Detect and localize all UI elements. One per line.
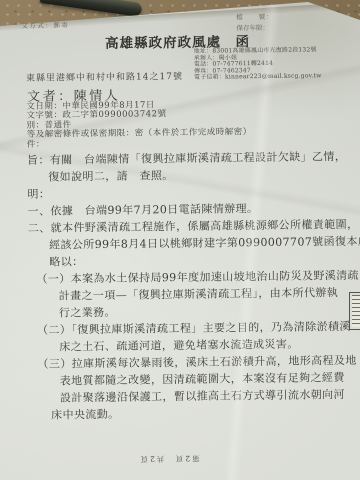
document-body: 旨：有關 台端陳情「復興拉庫斯溪清疏工程設計欠缺」乙情，復如說明二，請 查照。明… [27,148,360,424]
recipient-address: 東縣里港鄉中和村中和路14之17號 [26,69,183,84]
page-footer: 第2頁 共2頁 [139,453,200,465]
binding-seal-icon [349,292,360,330]
file-number-label: 檔 號： [236,12,274,21]
delivery-method-label: 文方式：郵寄 [21,20,69,30]
document-paper: 文方式：郵寄 檔 號： 保存年限： 高雄縣政府政風處 函 地址：83001高雄縣… [0,0,360,480]
pen-object [40,0,143,17]
contact-line: 電子信箱：kinnear223@mail.kscg.gov.tw [194,74,322,82]
body-line: 床中央流動。 [30,403,360,424]
document-content: 文方式：郵寄 檔 號： 保存年限： 高雄縣政府政風處 函 地址：83001高雄縣… [0,0,360,480]
document-meta-block: 文日期：中華民國99年8月17日文字號：政二字第0990003742號別：普通件… [26,100,252,150]
photo-scene: 文方式：郵寄 檔 號： 保存年限： 高雄縣政府政風處 函 地址：83001高雄縣… [0,0,360,480]
agency-contact-block: 地址：83001高雄縣鳳山市光復路2段132號承辦人：楊小姐電話：07-7477… [194,47,322,82]
